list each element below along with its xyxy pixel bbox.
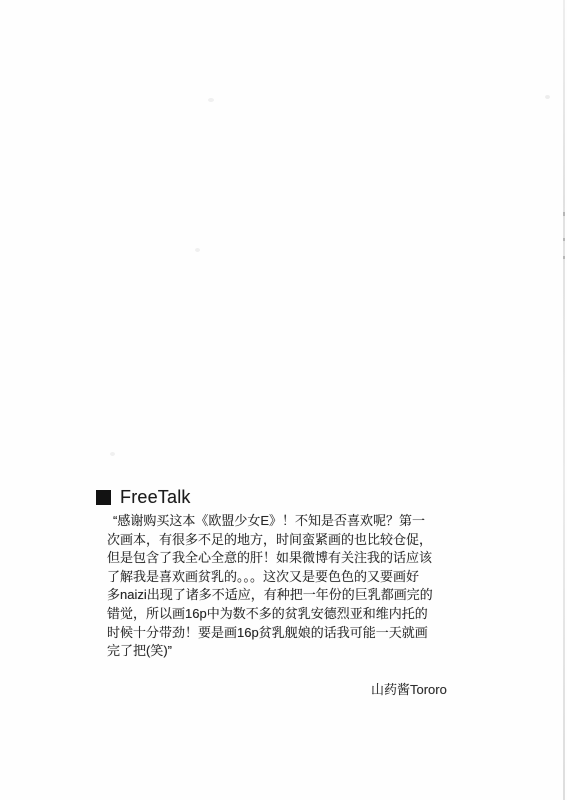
freetalk-heading-label: FreeTalk bbox=[120, 488, 191, 506]
paragraph-line: 完了把(笑)” bbox=[107, 642, 447, 661]
paragraph-line: “感谢购买这本《欧盟少女E》！不知是否喜欢呢？第一 bbox=[107, 512, 447, 531]
scan-noise-speck bbox=[208, 98, 214, 102]
scan-noise-speck bbox=[195, 248, 200, 252]
freetalk-paragraph: “感谢购买这本《欧盟少女E》！不知是否喜欢呢？第一 次画本，有很多不足的地方，时… bbox=[107, 512, 447, 661]
paragraph-line: 错觉，所以画16p中为数不多的贫乳安德烈亚和维内托的 bbox=[107, 605, 447, 624]
scan-artifact-tick bbox=[563, 238, 565, 241]
paragraph-line: 但是包含了我全心全意的肝！如果微博有关注我的话应该 bbox=[107, 549, 447, 568]
scan-edge-line bbox=[563, 0, 565, 800]
scanned-freetalk-page: FreeTalk “感谢购买这本《欧盟少女E》！不知是否喜欢呢？第一 次画本，有… bbox=[0, 0, 567, 800]
black-square-bullet-icon bbox=[96, 490, 111, 505]
paragraph-line: 多naizi出现了诸多不适应，有种把一年份的巨乳都画完的 bbox=[107, 586, 447, 605]
scan-artifact-tick bbox=[563, 212, 565, 216]
paragraph-line: 了解我是喜欢画贫乳的。。。这次又是要色色的又要画好 bbox=[107, 568, 447, 587]
scan-artifact-tick bbox=[563, 256, 565, 259]
paragraph-line: 次画本，有很多不足的地方，时间蛮紧画的也比较仓促， bbox=[107, 531, 447, 550]
author-signature: 山药酱Tororo bbox=[371, 682, 447, 697]
paragraph-line: 时候十分带劲！要是画16p贫乳舰娘的话我可能一天就画 bbox=[107, 624, 447, 643]
freetalk-heading: FreeTalk bbox=[96, 488, 191, 506]
scan-noise-speck bbox=[110, 452, 115, 456]
scan-noise-speck bbox=[545, 95, 550, 99]
